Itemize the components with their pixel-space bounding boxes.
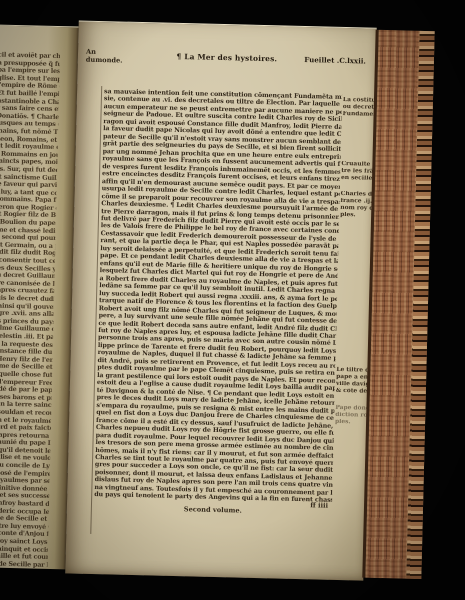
- margin-note-line: ples.: [340, 212, 372, 220]
- margin-note: Charles defrance .ij. de cenom roy de na…: [340, 191, 373, 219]
- folio-number: Fueillet .C.lxxii.: [304, 55, 366, 66]
- margin-note-line: en secille.: [341, 175, 373, 183]
- left-page-line-fragment: roy de Secille par le pa: [0, 560, 48, 569]
- margin-note: La cõstitutionou decretaleFundamenta.: [343, 97, 375, 118]
- margin-notes-column: La cõstitutionou decretaleFundamenta.Cru…: [345, 28, 377, 29]
- gathering-signature: ff iiii: [310, 501, 328, 509]
- left-page-text-fragments: cil et avoiẽt par choia presupposée q̃ f…: [0, 52, 60, 570]
- volume-label: Second volume.: [94, 503, 332, 517]
- book-photo: cil et avoiẽt par choia presupposée q̃ f…: [0, 0, 465, 600]
- margin-note-line: Fundamenta.: [343, 111, 375, 119]
- body-text: sa mauvaise intention feit une constitut…: [94, 88, 342, 504]
- marbled-edge: [406, 31, 434, 579]
- right-page: An dumonde. ¶ La Mer des hystoires. Fuei…: [65, 20, 376, 580]
- margin-note: Cruaulte cõ-tre les frãcoisen secille.: [341, 161, 373, 182]
- margin-note-line: & cõte de nise.: [336, 388, 368, 396]
- page-footer: Second volume. ff iiii: [94, 503, 332, 517]
- open-book: cil et avoiẽt par choia presupposée q̃ f…: [0, 19, 453, 584]
- book-fore-edge: [365, 30, 434, 579]
- margin-note: Pape dõne bñ-diction roy de naples.: [335, 405, 367, 426]
- margin-note: Le tiltre q̃ lepape a en laville davignõ…: [336, 367, 369, 395]
- margin-note-line: ples.: [335, 419, 367, 427]
